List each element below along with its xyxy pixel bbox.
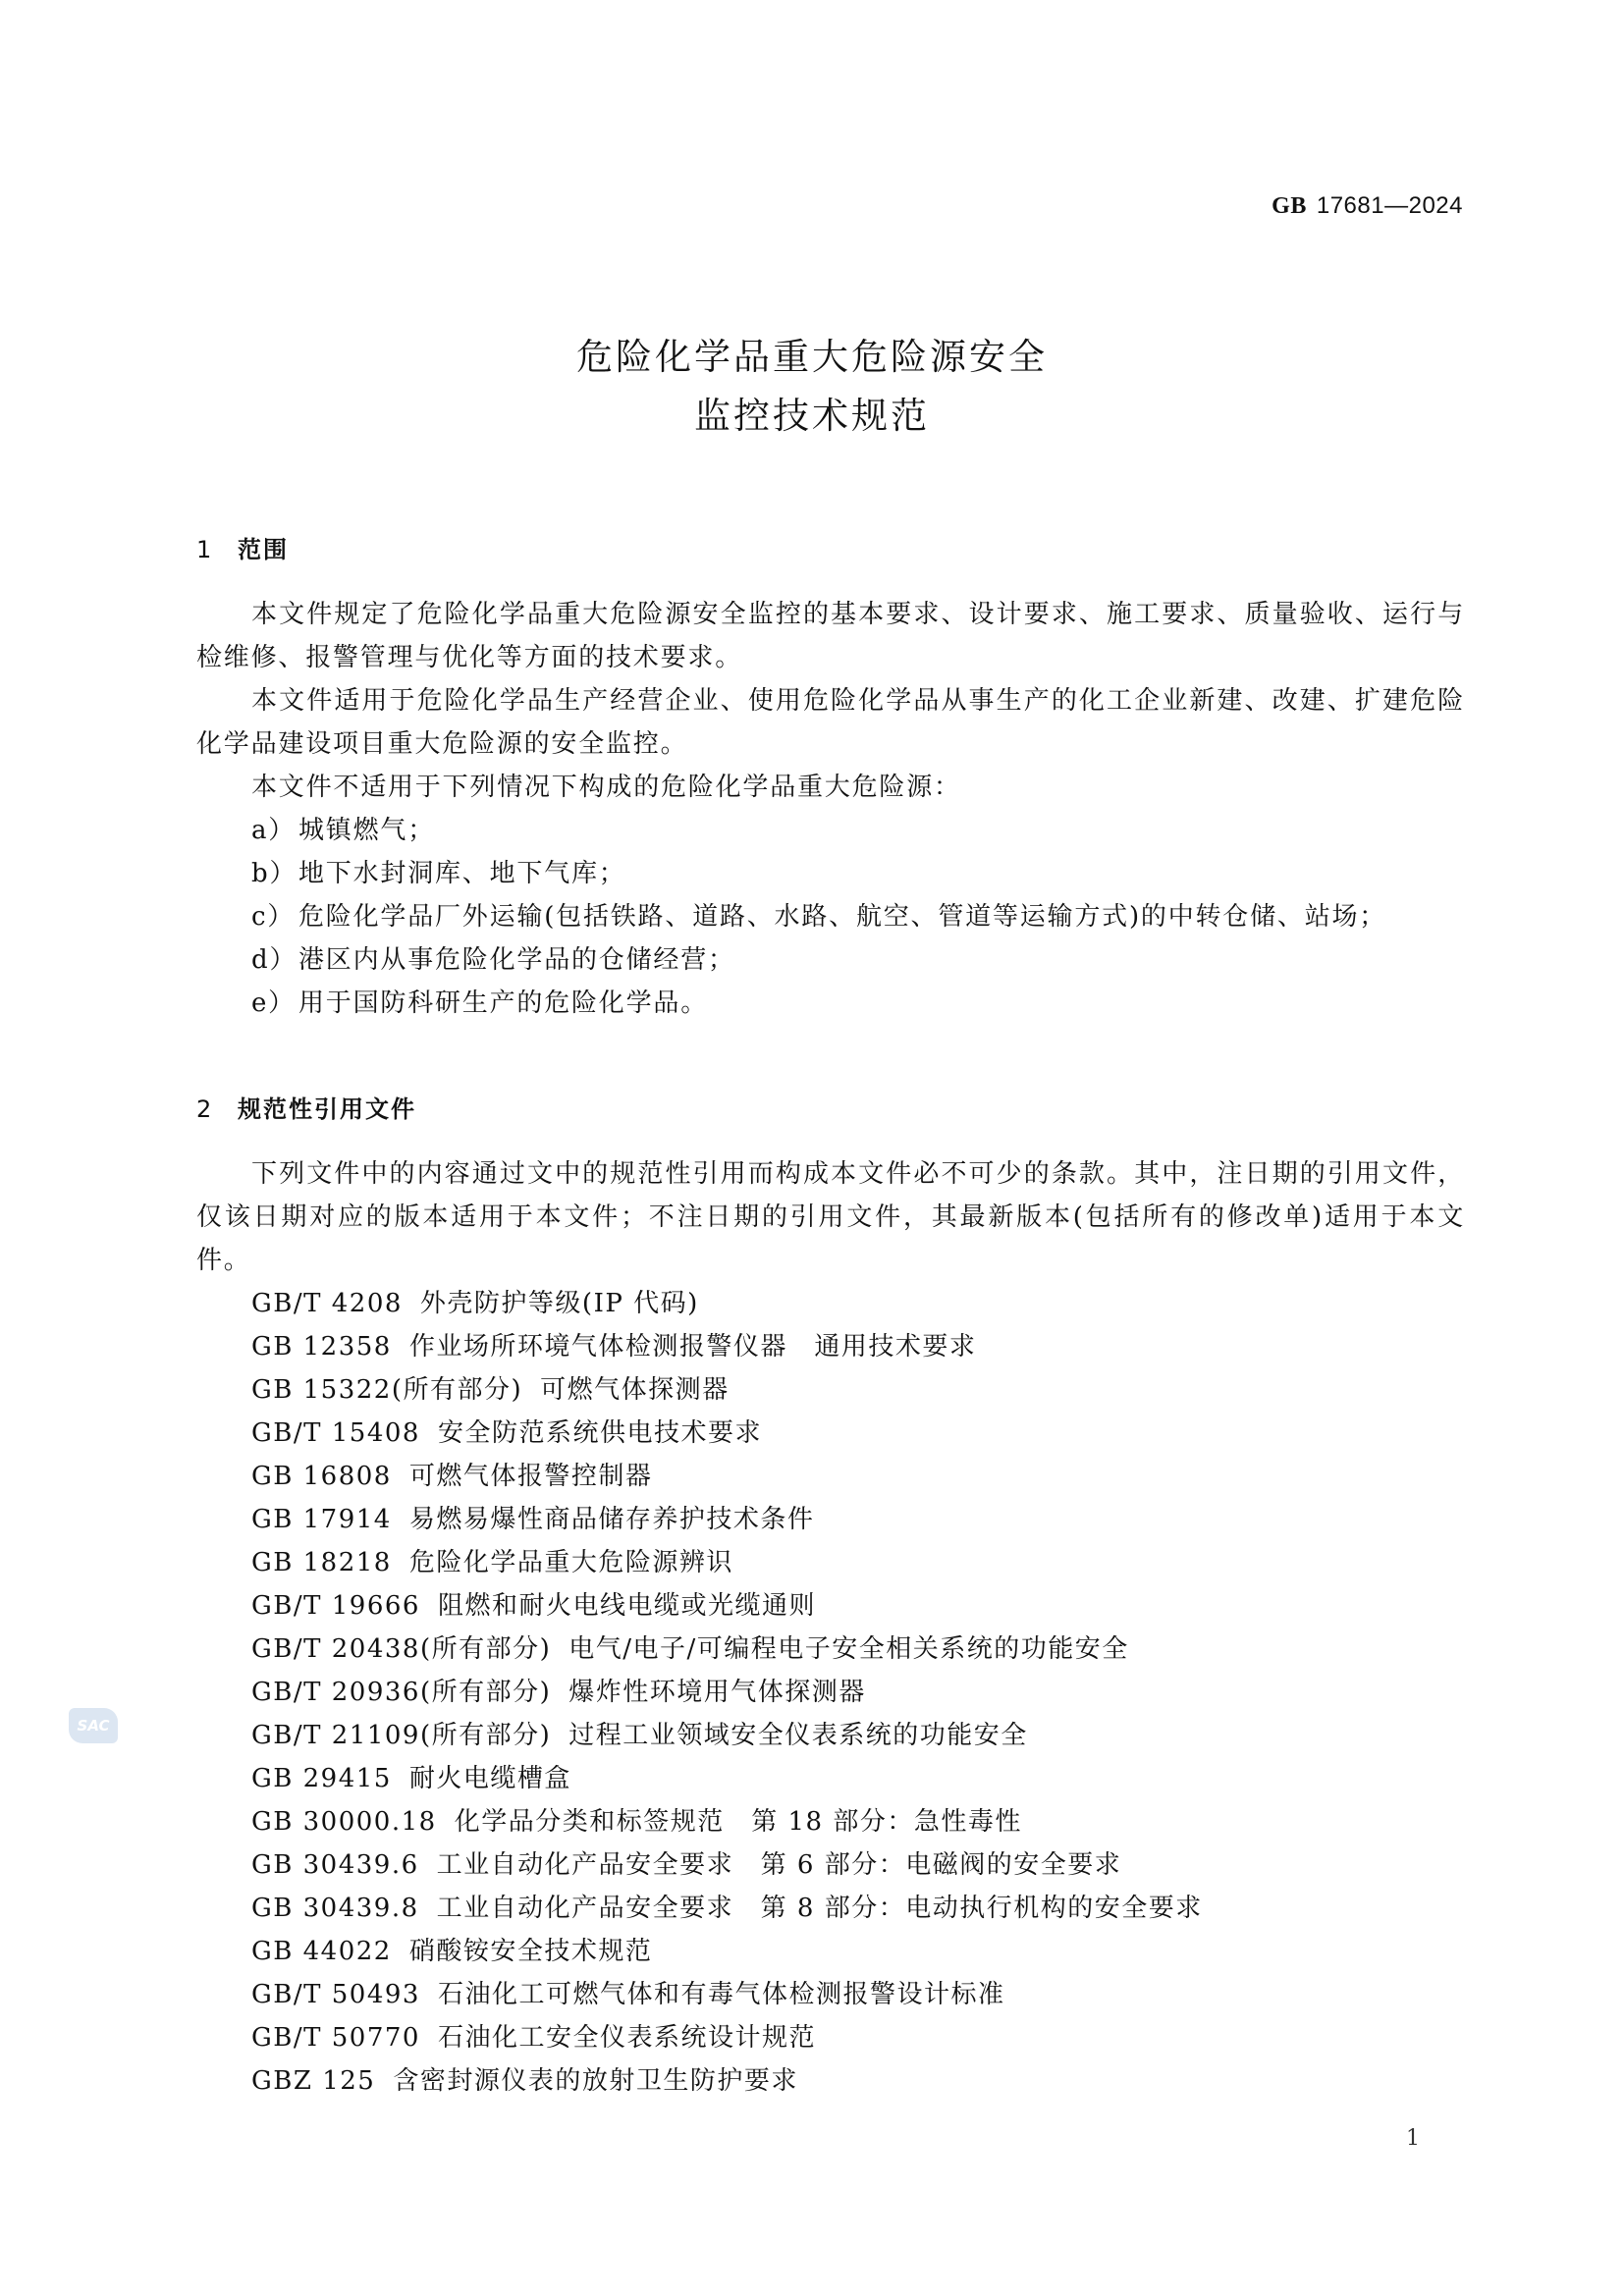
list-marker: c） [251, 895, 298, 938]
standard-prefix: GB [1272, 193, 1307, 219]
list-text: 用于国防科研生产的危险化学品。 [298, 988, 708, 1018]
list-marker: a） [251, 809, 298, 852]
list-item: a）城镇燃气； [196, 809, 1465, 852]
list-marker: d） [251, 938, 298, 982]
reference-code: GB/T 50770 [251, 2023, 420, 2053]
reference-title: 可燃气体报警控制器 [409, 1462, 653, 1491]
reference-title: 工业自动化产品安全要求 第 8 部分：电动执行机构的安全要求 [437, 1894, 1203, 1923]
reference-item: GB 30000.18化学品分类和标签规范 第 18 部分：急性毒性 [196, 1800, 1465, 1843]
reference-item: GB/T 50493石油化工可燃气体和有毒气体检测报警设计标准 [196, 1973, 1465, 2016]
reference-item: GB/T 21109(所有部分)过程工业领域安全仪表系统的功能安全 [196, 1714, 1465, 1757]
section-references-body: 下列文件中的内容通过文中的规范性引用而构成本文件必不可少的条款。其中，注日期的引… [196, 1152, 1465, 2103]
reference-code: GB 44022 [251, 1937, 392, 1966]
section-number: 2 [196, 1095, 238, 1123]
list-text: 地下水封洞库、地下气库； [298, 859, 626, 888]
list-item: b）地下水封洞库、地下气库； [196, 852, 1465, 895]
title-line-2: 监控技术规范 [0, 387, 1624, 446]
reference-code: GB 12358 [251, 1332, 392, 1362]
reference-code: GB 29415 [251, 1764, 392, 1793]
list-text: 港区内从事危险化学品的仓储经营； [298, 945, 735, 975]
reference-code: GB/T 20438(所有部分) [251, 1634, 551, 1664]
reference-code: GBZ 125 [251, 2066, 375, 2096]
page-number: 1 [1406, 2126, 1420, 2151]
list-item: c）危险化学品厂外运输(包括铁路、道路、水路、航空、管道等运输方式)的中转仓储、… [196, 895, 1465, 938]
reference-code: GB 17914 [251, 1505, 392, 1534]
reference-title: 危险化学品重大危险源辨识 [409, 1548, 733, 1577]
reference-code: GB/T 50493 [251, 1980, 420, 2009]
section-title: 规范性引用文件 [238, 1095, 416, 1123]
reference-title: 易燃易爆性商品储存养护技术条件 [409, 1505, 815, 1534]
list-text: 危险化学品厂外运输(包括铁路、道路、水路、航空、管道等运输方式)的中转仓储、站场… [298, 902, 1386, 932]
sac-watermark-logo: SAC [69, 1708, 118, 1743]
reference-title: 可燃气体探测器 [540, 1375, 730, 1405]
reference-item: GB 16808可燃气体报警控制器 [196, 1455, 1465, 1498]
reference-title: 石油化工可燃气体和有毒气体检测报警设计标准 [438, 1980, 1005, 2009]
reference-code: GB 16808 [251, 1462, 392, 1491]
reference-title: 电气/电子/可编程电子安全相关系统的功能安全 [568, 1634, 1129, 1664]
reference-code: GB/T 4208 [251, 1289, 403, 1318]
reference-item: GB/T 20438(所有部分)电气/电子/可编程电子安全相关系统的功能安全 [196, 1628, 1465, 1671]
reference-item: GB 30439.6工业自动化产品安全要求 第 6 部分：电磁阀的安全要求 [196, 1843, 1465, 1887]
reference-item: GB 29415耐火电缆槽盒 [196, 1757, 1465, 1800]
reference-title: 含密封源仪表的放射卫生防护要求 [393, 2066, 798, 2096]
list-item: d）港区内从事危险化学品的仓储经营； [196, 938, 1465, 982]
standard-code: 17681—2024 [1317, 192, 1463, 219]
section-number: 1 [196, 536, 238, 563]
paragraph: 本文件不适用于下列情况下构成的危险化学品重大危险源： [196, 766, 1465, 809]
list-item: e）用于国防科研生产的危险化学品。 [196, 982, 1465, 1025]
reference-code: GB 15322(所有部分) [251, 1375, 522, 1405]
paragraph: 本文件适用于危险化学品生产经营企业、使用危险化学品从事生产的化工企业新建、改建、… [196, 679, 1465, 766]
reference-title: 石油化工安全仪表系统设计规范 [438, 2023, 816, 2053]
reference-item: GB 18218危险化学品重大危险源辨识 [196, 1541, 1465, 1584]
reference-title: 外壳防护等级(IP 代码) [420, 1289, 699, 1318]
reference-item: GB/T 50770石油化工安全仪表系统设计规范 [196, 2016, 1465, 2059]
reference-code: GB 30439.8 [251, 1894, 419, 1923]
reference-code: GB/T 20936(所有部分) [251, 1678, 551, 1707]
reference-code: GB/T 21109(所有部分) [251, 1721, 551, 1750]
reference-item: GB/T 4208外壳防护等级(IP 代码) [196, 1282, 1465, 1325]
reference-title: 作业场所环境气体检测报警仪器 通用技术要求 [409, 1332, 977, 1362]
section-scope-body: 本文件规定了危险化学品重大危险源安全监控的基本要求、设计要求、施工要求、质量验收… [196, 593, 1465, 1025]
section-heading-scope: 1范围 [196, 530, 289, 564]
reference-title: 化学品分类和标签规范 第 18 部分：急性毒性 [455, 1807, 1022, 1837]
reference-code: GB 30000.18 [251, 1807, 437, 1837]
paragraph: 下列文件中的内容通过文中的规范性引用而构成本文件必不可少的条款。其中，注日期的引… [196, 1152, 1465, 1282]
reference-item: GBZ 125含密封源仪表的放射卫生防护要求 [196, 2059, 1465, 2103]
reference-code: GB/T 15408 [251, 1418, 420, 1448]
reference-title: 安全防范系统供电技术要求 [438, 1418, 762, 1448]
paragraph: 本文件规定了危险化学品重大危险源安全监控的基本要求、设计要求、施工要求、质量验收… [196, 593, 1465, 679]
reference-code: GB/T 19666 [251, 1591, 420, 1621]
reference-code: GB 30439.6 [251, 1850, 419, 1880]
section-heading-normative-references: 2规范性引用文件 [196, 1090, 416, 1124]
list-text: 城镇燃气； [298, 816, 435, 845]
title-line-1: 危险化学品重大危险源安全 [0, 328, 1624, 387]
reference-item: GB 12358作业场所环境气体检测报警仪器 通用技术要求 [196, 1325, 1465, 1368]
reference-item: GB/T 20936(所有部分)爆炸性环境用气体探测器 [196, 1671, 1465, 1714]
standard-number: GB17681—2024 [1272, 192, 1463, 220]
reference-item: GB/T 19666阻燃和耐火电线电缆或光缆通则 [196, 1584, 1465, 1628]
reference-item: GB/T 15408安全防范系统供电技术要求 [196, 1412, 1465, 1455]
reference-title: 爆炸性环境用气体探测器 [568, 1678, 866, 1707]
list-marker: e） [251, 982, 298, 1025]
reference-item: GB 15322(所有部分)可燃气体探测器 [196, 1368, 1465, 1412]
reference-title: 阻燃和耐火电线电缆或光缆通则 [438, 1591, 816, 1621]
section-title: 范围 [238, 536, 289, 563]
reference-list: GB/T 4208外壳防护等级(IP 代码) GB 12358作业场所环境气体检… [196, 1282, 1465, 2103]
reference-title: 硝酸铵安全技术规范 [409, 1937, 653, 1966]
reference-title: 工业自动化产品安全要求 第 6 部分：电磁阀的安全要求 [437, 1850, 1122, 1880]
document-title: 危险化学品重大危险源安全 监控技术规范 [0, 328, 1624, 446]
reference-item: GB 17914易燃易爆性商品储存养护技术条件 [196, 1498, 1465, 1541]
reference-item: GB 30439.8工业自动化产品安全要求 第 8 部分：电动执行机构的安全要求 [196, 1887, 1465, 1930]
list-marker: b） [251, 852, 298, 895]
reference-code: GB 18218 [251, 1548, 392, 1577]
reference-item: GB 44022硝酸铵安全技术规范 [196, 1930, 1465, 1973]
reference-title: 过程工业领域安全仪表系统的功能安全 [568, 1721, 1028, 1750]
reference-title: 耐火电缆槽盒 [409, 1764, 571, 1793]
